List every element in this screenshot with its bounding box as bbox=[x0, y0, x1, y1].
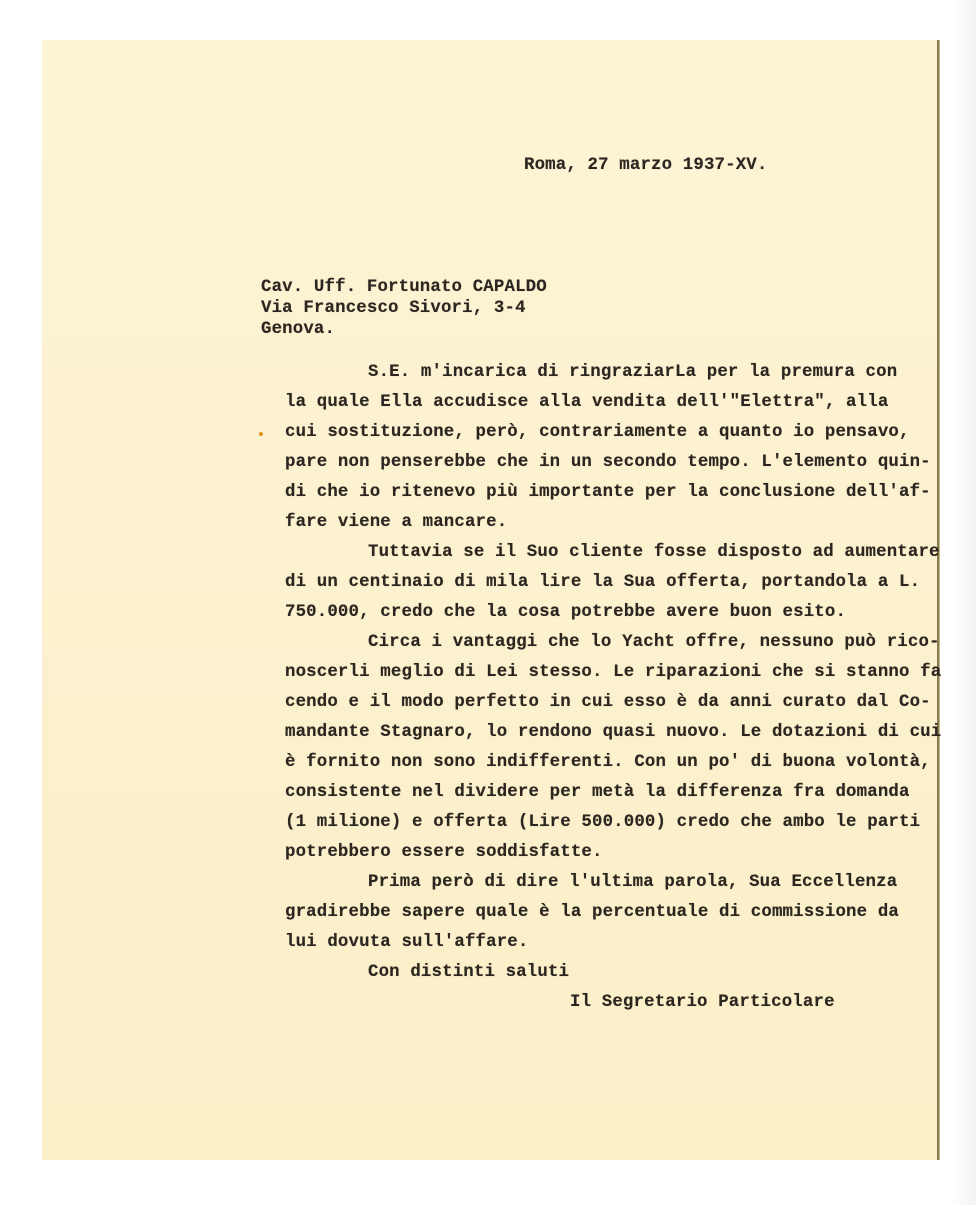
body-line: noscerli meglio di Lei stesso. Le ripara… bbox=[285, 663, 941, 683]
body-line: cendo e il modo perfetto in cui esso è d… bbox=[285, 693, 931, 713]
body-line: Prima però di dire l'ultima parola, Sua … bbox=[368, 873, 897, 893]
body-line: 750.000, credo che la cosa potrebbe aver… bbox=[285, 603, 846, 623]
body-line: Circa i vantaggi che lo Yacht offre, nes… bbox=[368, 633, 940, 653]
body-line: fare viene a mancare. bbox=[285, 513, 507, 533]
recipient-city: Genova. bbox=[261, 320, 335, 340]
body-line: consistente nel dividere per metà la dif… bbox=[285, 783, 910, 803]
body-line: la quale Ella accudisce alla vendita del… bbox=[285, 393, 888, 413]
body-line: di che io ritenevo più importante per la… bbox=[285, 483, 931, 503]
letter-paper bbox=[42, 40, 939, 1160]
body-line: Tuttavia se il Suo cliente fosse dispost… bbox=[368, 543, 940, 563]
body-line: lui dovuta sull'affare. bbox=[285, 933, 528, 953]
body-line: (1 milione) e offerta (Lire 500.000) cre… bbox=[285, 813, 920, 833]
body-line: mandante Stagnaro, lo rendono quasi nuov… bbox=[285, 723, 941, 743]
body-line: di un centinaio di mila lire la Sua offe… bbox=[285, 573, 920, 593]
dateline: Roma, 27 marzo 1937-XV. bbox=[524, 156, 767, 176]
body-line: S.E. m'incarica di ringraziarLa per la p… bbox=[368, 363, 897, 383]
body-line: potrebbero essere soddisfatte. bbox=[285, 843, 603, 863]
recipient-name: Cav. Uff. Fortunato CAPALDO bbox=[261, 278, 547, 298]
body-line: è fornito non sono indifferenti. Con un … bbox=[285, 753, 931, 773]
body-line: gradirebbe sapere quale è la percentuale… bbox=[285, 903, 899, 923]
scan-edge bbox=[952, 0, 976, 1205]
body-line: cui sostituzione, però, contrariamente a… bbox=[285, 423, 910, 443]
signature: Il Segretario Particolare bbox=[570, 993, 835, 1013]
recipient-street: Via Francesco Sivori, 3-4 bbox=[261, 299, 526, 319]
body-line: pare non penserebbe che in un secondo te… bbox=[285, 453, 931, 473]
paper-stain bbox=[259, 432, 263, 436]
closing: Con distinti saluti bbox=[368, 963, 569, 983]
